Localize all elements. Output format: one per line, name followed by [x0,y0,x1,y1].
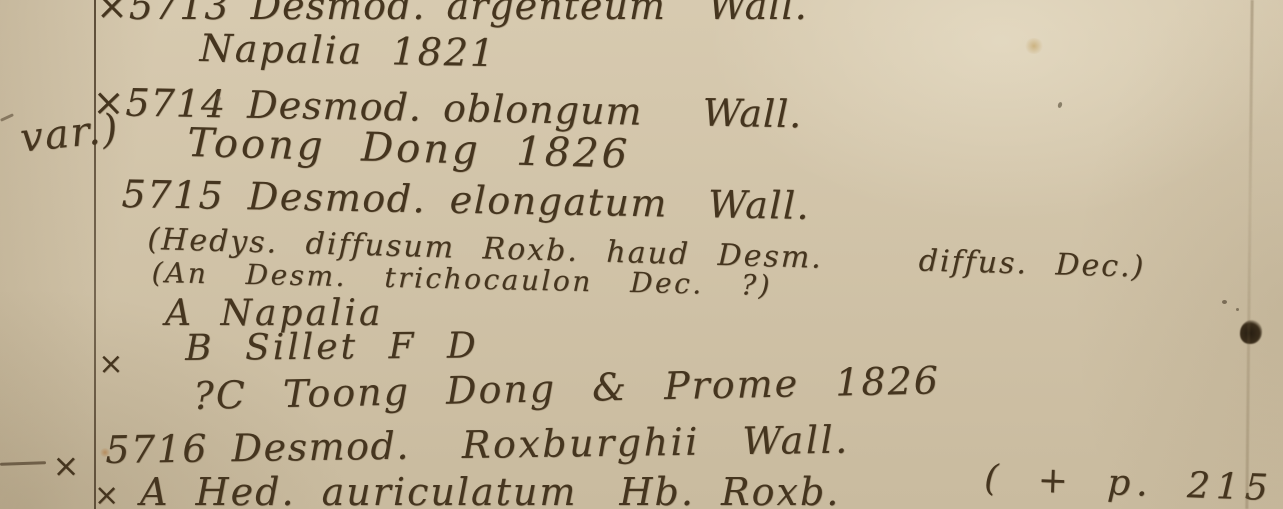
entry-text: 5716 Desmod. [105,424,410,472]
paper-stain [100,448,110,457]
entry-text: 5713 Desmod. argenteum [129,0,666,28]
entry-text: 5715 Desmod. elongatum [121,172,668,226]
author-abbrev: Wall. [702,91,803,137]
author-abbrev: Wall. [708,182,811,228]
catalogue-entry-5713: ×5713 Desmod. argenteumWall. [96,0,808,28]
variety-text: A Hed. auriculatum [140,470,577,509]
locality-line: Napalia 1821 [199,26,496,75]
synonym-text-continued: diffus. Dec.) [918,244,1146,285]
page-reference-note: ( + p. 215 ) [984,458,1283,509]
species-author-text: Roxburghii Wall. [462,418,850,467]
paper-stain [1024,38,1044,54]
variety-a-hed-line: ×A Hed. auriculatumHb. Roxb. [140,470,840,509]
cross-mark: × [94,478,121,509]
ink-blot [1240,320,1262,344]
paper-fleck [216,96,221,101]
variety-b-line: ×B Sillet F D [185,325,479,369]
cross-mark: × [92,80,126,125]
paper-crease-line [1245,0,1253,509]
author-abbrev: Wall. [708,0,808,28]
ink-speck [1222,300,1227,304]
ink-speck [1236,308,1239,311]
herbarium-abbrev: Hb. Roxb. [619,470,840,509]
catalogue-entry-5715: 5715 Desmod. elongatumWall. [121,172,810,228]
margin-dash-line [0,461,46,466]
paper-fleck [1057,101,1063,108]
locality-text: Napalia 1821 [199,26,496,75]
margin-rule-line [94,0,96,509]
variety-text: B Sillet F D [185,325,479,369]
catalogue-entry-5716: ×5716 Desmod.Roxburghii Wall. [105,418,850,472]
cross-mark: × [96,0,129,28]
manuscript-page: var.) ×5713 Desmod. argenteumWall. Napal… [0,0,1283,509]
cross-mark: × [52,446,81,484]
edge-stroke-fragment [0,113,14,122]
cross-mark: × [98,347,126,382]
